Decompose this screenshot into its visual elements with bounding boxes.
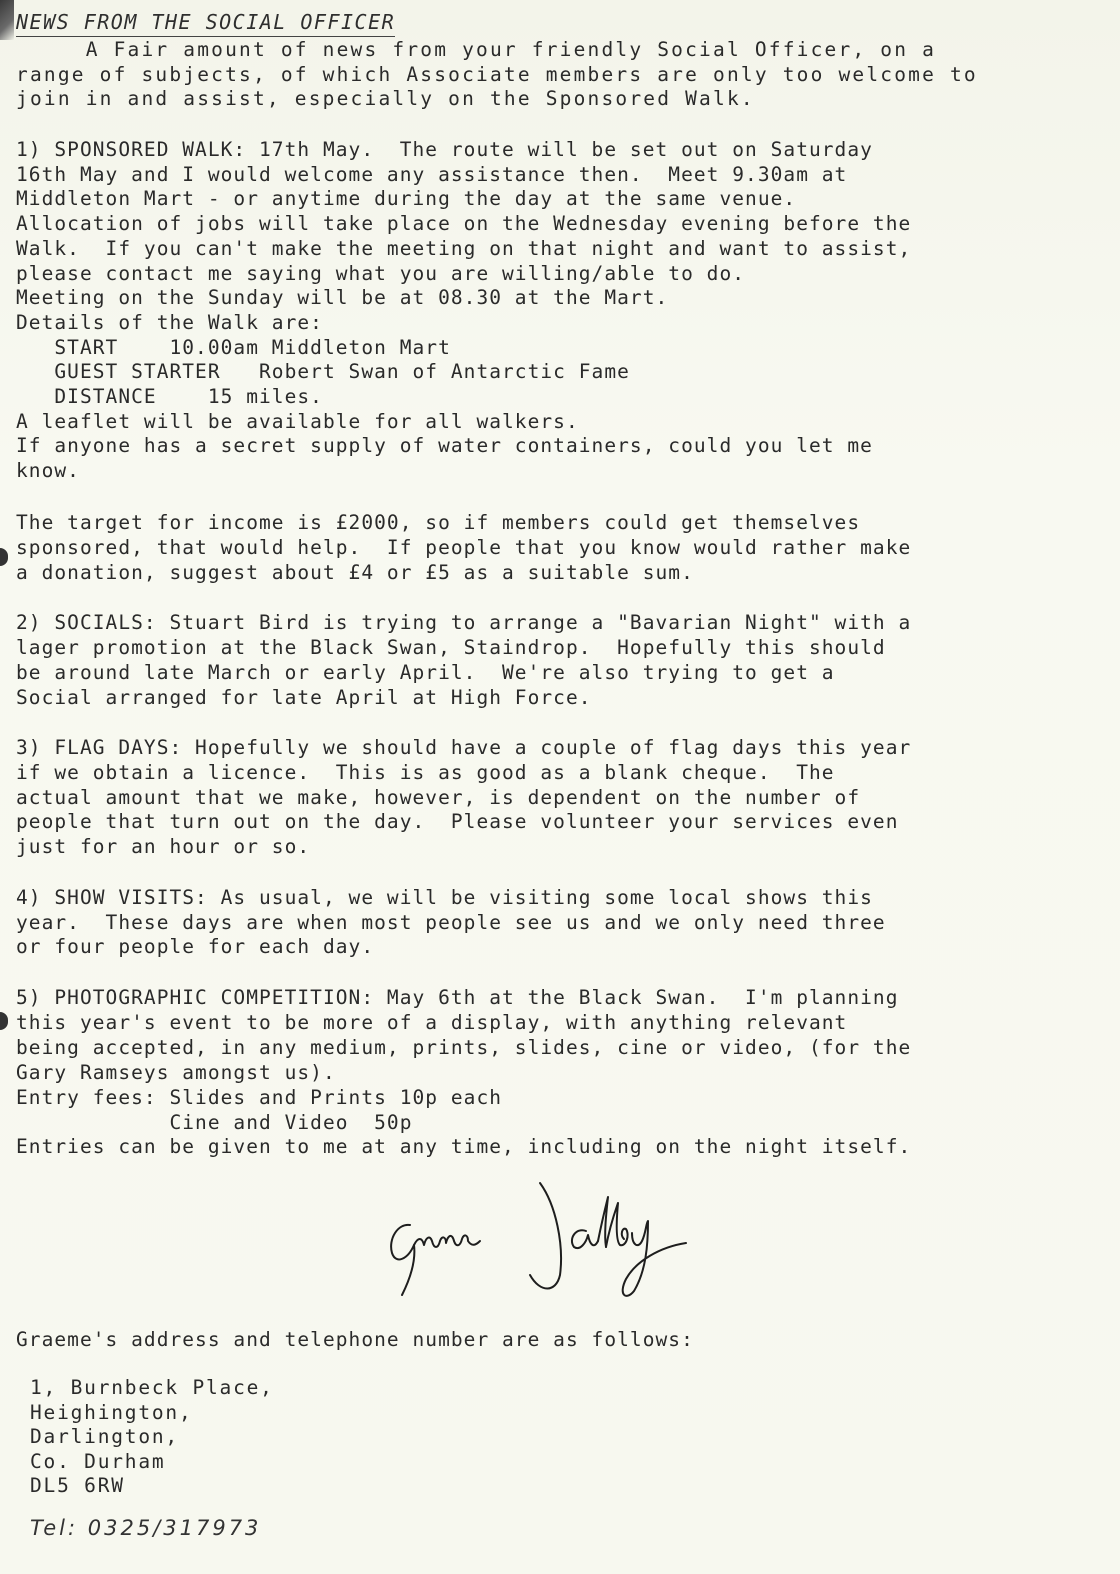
text-line: Middleton Mart - or anytime during the d…: [16, 187, 796, 210]
punch-hole-icon: [0, 1012, 8, 1030]
text-line: 1, Burnbeck Place,: [30, 1376, 274, 1399]
text-line: 4) SHOW VISITS: As usual, we will be vis…: [16, 886, 873, 909]
page-corner-shadow: [0, 0, 14, 40]
text-line: Co. Durham: [30, 1450, 165, 1473]
text-line: DISTANCE 15 miles.: [16, 385, 323, 408]
text-line: or four people for each day.: [16, 935, 374, 958]
text-line: A leaflet will be available for all walk…: [16, 410, 579, 433]
text-line: this year's event to be more of a displa…: [16, 1011, 847, 1034]
text-line: just for an hour or so.: [16, 835, 310, 858]
text-line: a donation, suggest about £4 or £5 as a …: [16, 561, 694, 584]
punch-hole-icon: [0, 548, 8, 566]
text-line: The target for income is £2000, so if me…: [16, 511, 860, 534]
text-line: Darlington,: [30, 1425, 179, 1448]
text-line: Entry fees: Slides and Prints 10p each: [16, 1086, 502, 1109]
document-page: NEWS FROM THE SOCIAL OFFICER A Fair amou…: [0, 0, 1120, 1574]
text-line: If anyone has a secret supply of water c…: [16, 434, 873, 457]
telephone-number: Tel: 0325/317973: [30, 1516, 261, 1540]
text-line: Walk. If you can't make the meeting on t…: [16, 237, 911, 260]
text-line: please contact me saying what you are wi…: [16, 262, 745, 285]
text-line: lager promotion at the Black Swan, Stain…: [16, 636, 886, 659]
text-line: being accepted, in any medium, prints, s…: [16, 1036, 911, 1059]
text-line: Graeme's address and telephone number ar…: [16, 1328, 694, 1351]
text-line: join in and assist, especially on the Sp…: [16, 87, 755, 110]
text-line: Allocation of jobs will take place on th…: [16, 212, 911, 235]
text-line: Cine and Video 50p: [16, 1111, 413, 1134]
text-line: Entries can be given to me at any time, …: [16, 1135, 911, 1158]
text-line: 16th May and I would welcome any assista…: [16, 163, 847, 186]
text-line: people that turn out on the day. Please …: [16, 810, 899, 833]
text-line: 3) FLAG DAYS: Hopefully we should have a…: [16, 736, 911, 759]
text-line: actual amount that we make, however, is …: [16, 786, 860, 809]
text-line: Social arranged for late April at High F…: [16, 686, 592, 709]
text-line: range of subjects, of which Associate me…: [16, 63, 978, 86]
text-line: 5) PHOTOGRAPHIC COMPETITION: May 6th at …: [16, 986, 899, 1009]
text-line: be around late March or early April. We'…: [16, 661, 835, 684]
text-line: DL5 6RW: [30, 1474, 125, 1497]
text-line: Heighington,: [30, 1401, 192, 1424]
text-line: A Fair amount of news from your friendly…: [16, 38, 936, 61]
text-line: START 10.00am Middleton Mart: [16, 336, 451, 359]
text-line: if we obtain a licence. This is as good …: [16, 761, 835, 784]
text-line: GUEST STARTER Robert Swan of Antarctic F…: [16, 360, 630, 383]
text-line: Details of the Walk are:: [16, 311, 323, 334]
text-line: Meeting on the Sunday will be at 08.30 a…: [16, 286, 668, 309]
text-line: Gary Ramseys amongst us).: [16, 1061, 336, 1084]
text-line: 1) SPONSORED WALK: 17th May. The route w…: [16, 138, 873, 161]
signature-graeme-dalby: Graeme Dalby: [380, 1175, 700, 1305]
page-title: NEWS FROM THE SOCIAL OFFICER: [16, 10, 395, 37]
text-line: year. These days are when most people se…: [16, 911, 886, 934]
text-line: know.: [16, 459, 80, 482]
text-line: 2) SOCIALS: Stuart Bird is trying to arr…: [16, 611, 911, 634]
text-line: sponsored, that would help. If people th…: [16, 536, 911, 559]
